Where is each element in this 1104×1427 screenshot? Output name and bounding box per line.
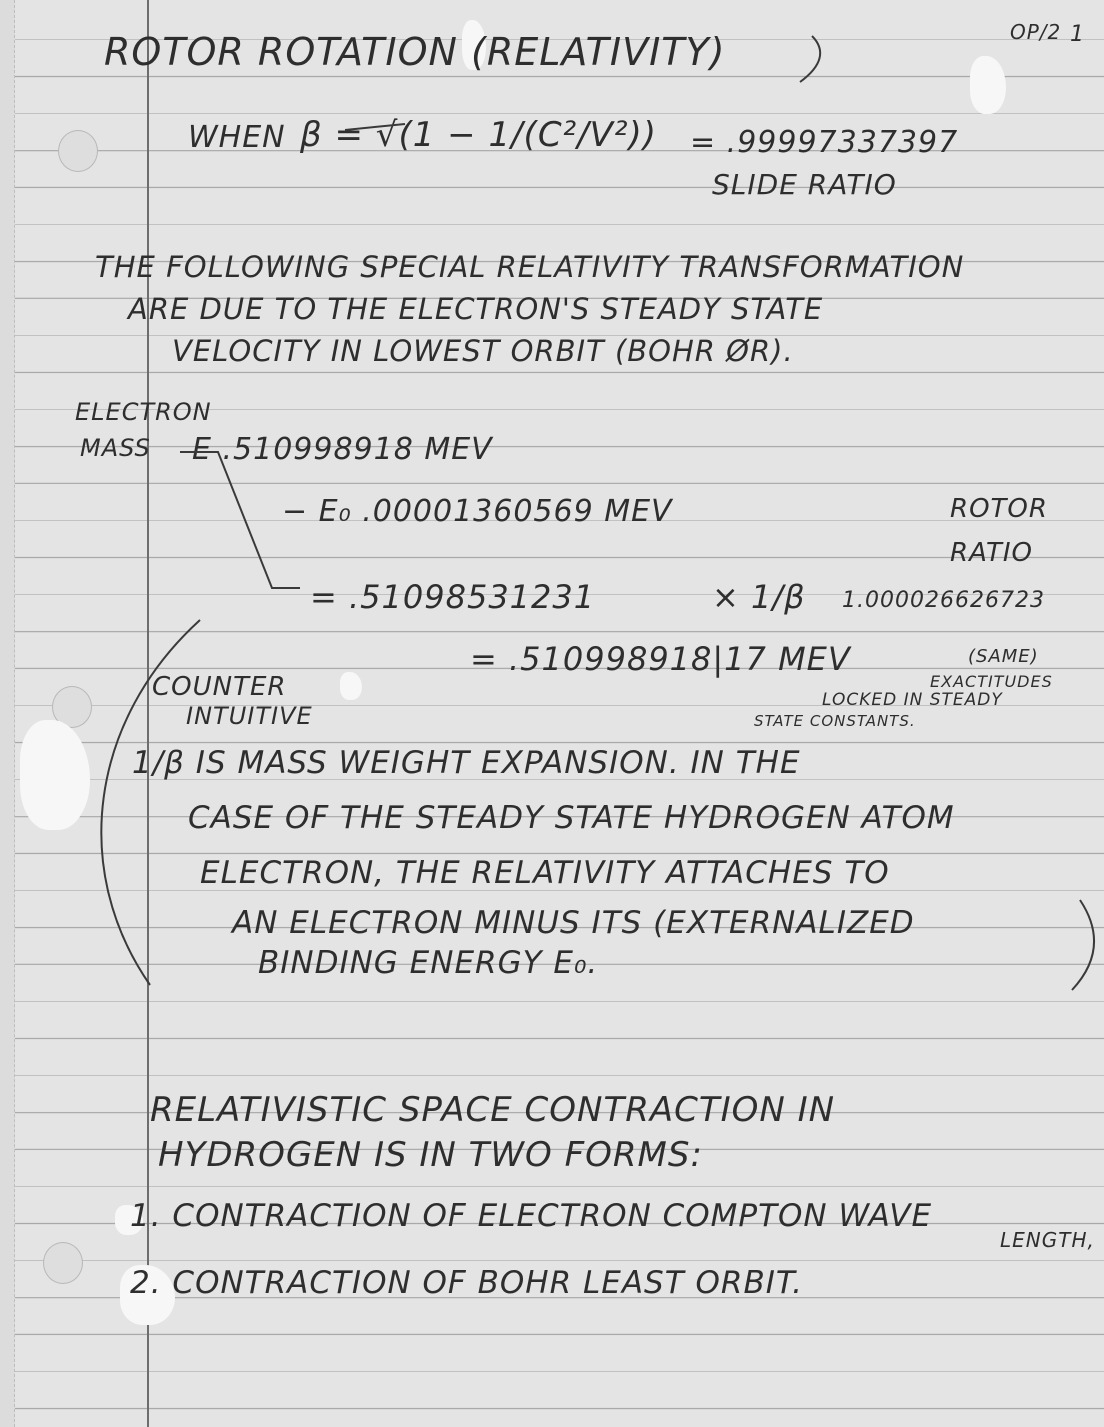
notebook-page: ROTOR ROTATION (RELATIVITY) OP/2 1 WHEN …: [0, 0, 1104, 1427]
ink-strokes: [0, 0, 1104, 1427]
